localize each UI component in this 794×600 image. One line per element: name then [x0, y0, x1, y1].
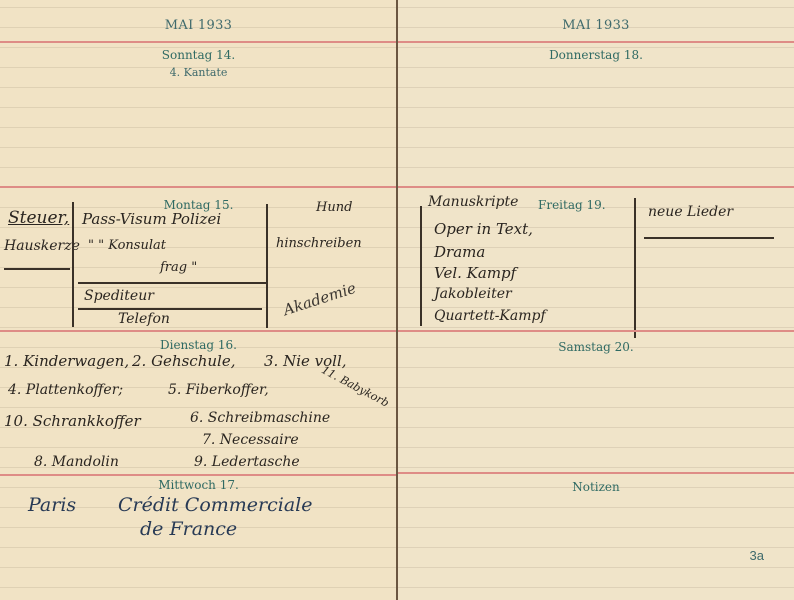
- red-rule: [398, 186, 794, 188]
- handwriting: Quartett-Kampf: [434, 308, 546, 324]
- day-label-mittwoch: Mittwoch 17.: [0, 478, 397, 492]
- handwriting: Drama: [434, 243, 485, 261]
- red-rule: [0, 41, 397, 43]
- day-label-sonntag: Sonntag 14.: [0, 48, 397, 62]
- handwriting: 9. Ledertasche: [194, 454, 300, 470]
- handwriting: 4. Plattenkoffer;: [8, 382, 123, 398]
- right-page: MAI 1933 Donnerstag 18. Freitag 19. Manu…: [398, 0, 794, 600]
- handwriting: Vel. Kampf: [434, 264, 516, 282]
- handwriting: 2. Gehschule,: [132, 352, 235, 370]
- red-rule: [398, 330, 794, 332]
- day-label-dienstag: Dienstag 16.: [0, 338, 397, 352]
- handwriting: 8. Mandolin: [34, 454, 119, 470]
- day-label-samstag: Samstag 20.: [398, 340, 794, 354]
- ink-rule: [78, 282, 266, 284]
- handwriting: Pass-Visum Polizei: [82, 210, 221, 228]
- ink-bracket: [266, 204, 268, 328]
- handwriting: 5. Fiberkoffer,: [168, 382, 269, 398]
- month-header-left: MAI 1933: [0, 18, 397, 33]
- handwriting: Akademie: [281, 279, 358, 319]
- ink-rule: [78, 308, 262, 310]
- handwriting: " " Konsulat: [88, 238, 166, 253]
- handwriting: 10. Schrankkoffer: [4, 412, 141, 430]
- handwriting: Oper in Text,: [434, 220, 533, 238]
- handwriting: hinschreiben: [276, 236, 362, 251]
- handwriting: Hund: [316, 200, 352, 215]
- red-rule: [398, 472, 794, 474]
- notes-label: Notizen: [398, 480, 794, 494]
- handwriting: 7. Necessaire: [202, 432, 299, 448]
- handwriting: Steuer,: [8, 208, 69, 228]
- red-rule: [0, 186, 397, 188]
- day-subtitle-kantate: 4. Kantate: [0, 66, 397, 79]
- handwriting: Telefon: [118, 311, 170, 327]
- red-rule: [398, 41, 794, 43]
- handwriting: 11. Babykorb: [319, 363, 391, 409]
- handwriting: neue Lieder: [648, 204, 733, 220]
- ink-bracket: [634, 198, 636, 338]
- page-number: 3a: [750, 548, 764, 563]
- day-label-donnerstag: Donnerstag 18.: [398, 48, 794, 62]
- handwriting: Jakobleiter: [434, 286, 512, 302]
- handwriting: 1. Kinderwagen,: [4, 352, 129, 370]
- ink-bracket: [72, 202, 74, 327]
- ink-rule: [644, 237, 774, 239]
- handwriting: Manuskripte: [428, 194, 518, 210]
- ink-bracket: [420, 206, 422, 326]
- month-header-right: MAI 1933: [398, 18, 794, 33]
- handwriting: Crédit Commerciale: [118, 494, 312, 516]
- day-label-freitag: Freitag 19.: [538, 198, 606, 212]
- red-rule: [0, 330, 397, 332]
- handwriting: de France: [140, 518, 237, 540]
- handwriting: 6. Schreibmaschine: [190, 410, 330, 426]
- handwriting: frag ": [160, 260, 197, 275]
- handwriting: Hauskerze: [4, 238, 80, 254]
- ink-rule: [4, 268, 70, 270]
- left-page: MAI 1933 Sonntag 14. 4. Kantate Montag 1…: [0, 0, 397, 600]
- red-rule: [0, 474, 397, 476]
- handwriting: Paris: [28, 494, 76, 516]
- handwriting: Spediteur: [84, 288, 154, 304]
